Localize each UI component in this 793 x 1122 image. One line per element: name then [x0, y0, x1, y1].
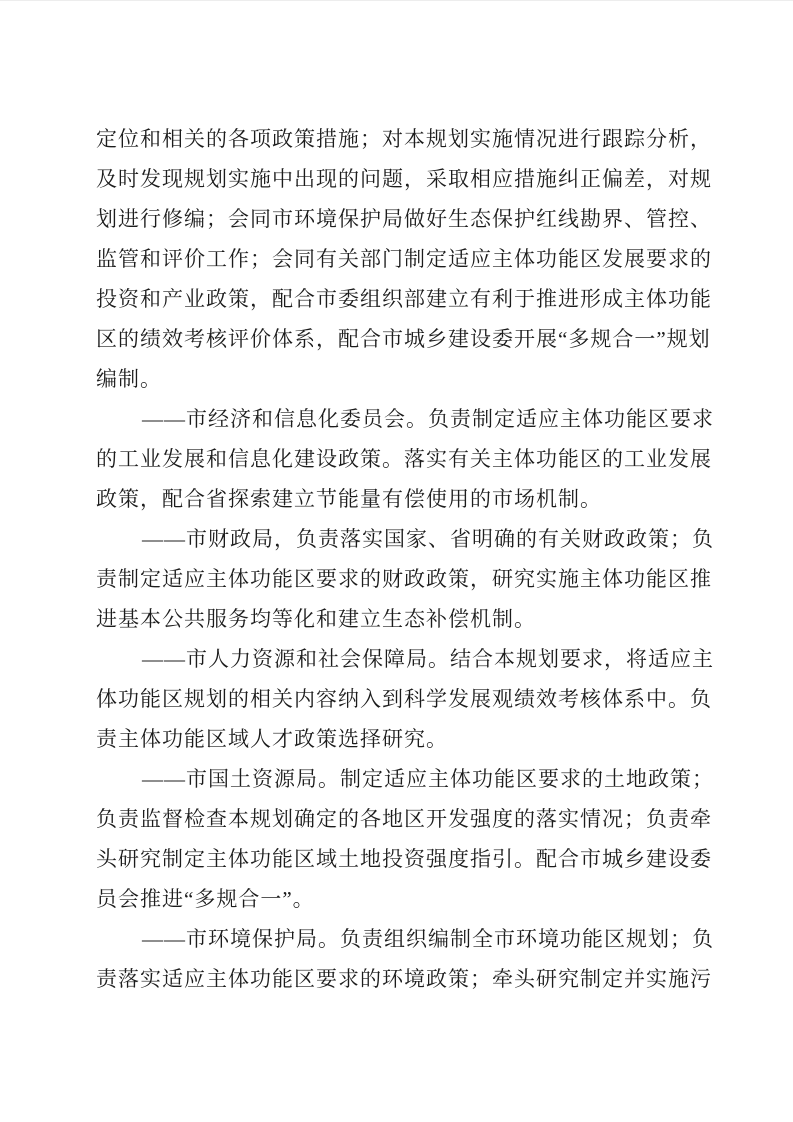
text-line: 进基本公共服务均等化和建立生态补偿机制。 — [96, 599, 716, 639]
text-line: ——市财政局，负责落实国家、省明确的有关财政政策；负 — [96, 519, 716, 559]
text-line: ——市环境保护局。负责组织编制全市环境功能区规划；负 — [96, 919, 716, 959]
document-page: 定位和相关的各项政策措施；对本规划实施情况进行跟踪分析，及时发现规划实施中出现的… — [0, 0, 793, 1122]
text-line: ——市人力资源和社会保障局。结合本规划要求，将适应主 — [96, 639, 716, 679]
text-line: 及时发现规划实施中出现的问题，采取相应措施纠正偏差，对规 — [96, 159, 716, 199]
text-line: 体功能区规划的相关内容纳入到科学发展观绩效考核体系中。负 — [96, 679, 716, 719]
text-line: 的工业发展和信息化建设政策。落实有关主体功能区的工业发展 — [96, 439, 716, 479]
paragraph: 定位和相关的各项政策措施；对本规划实施情况进行跟踪分析，及时发现规划实施中出现的… — [96, 119, 716, 399]
text-line: 监管和评价工作；会同有关部门制定适应主体功能区发展要求的 — [96, 239, 716, 279]
text-line: 头研究制定主体功能区域土地投资强度指引。配合市城乡建设委 — [96, 839, 716, 879]
paragraph: ——市国土资源局。制定适应主体功能区要求的土地政策；负责监督检查本规划确定的各地… — [96, 759, 716, 919]
text-line: 责制定适应主体功能区要求的财政政策，研究实施主体功能区推 — [96, 559, 716, 599]
text-line: 政策，配合省探索建立节能量有偿使用的市场机制。 — [96, 479, 716, 519]
text-line: 责落实适应主体功能区要求的环境政策；牵头研究制定并实施污 — [96, 959, 716, 999]
paragraph: ——市人力资源和社会保障局。结合本规划要求，将适应主体功能区规划的相关内容纳入到… — [96, 639, 716, 759]
text-line: ——市国土资源局。制定适应主体功能区要求的土地政策； — [96, 759, 716, 799]
text-line: 区的绩效考核评价体系，配合市城乡建设委开展“多规合一”规划 — [96, 319, 716, 359]
paragraph: ——市财政局，负责落实国家、省明确的有关财政政策；负责制定适应主体功能区要求的财… — [96, 519, 716, 639]
text-line: 定位和相关的各项政策措施；对本规划实施情况进行跟踪分析， — [96, 119, 716, 159]
text-line: 投资和产业政策，配合市委组织部建立有利于推进形成主体功能 — [96, 279, 716, 319]
text-line: ——市经济和信息化委员会。负责制定适应主体功能区要求 — [96, 399, 716, 439]
paragraph: ——市经济和信息化委员会。负责制定适应主体功能区要求的工业发展和信息化建设政策。… — [96, 399, 716, 519]
text-line: 责主体功能区域人才政策选择研究。 — [96, 719, 716, 759]
text-line: 划进行修编；会同市环境保护局做好生态保护红线勘界、管控、 — [96, 199, 716, 239]
paragraph: ——市环境保护局。负责组织编制全市环境功能区规划；负责落实适应主体功能区要求的环… — [96, 919, 716, 999]
page-top-edge — [0, 0, 793, 1]
document-body: 定位和相关的各项政策措施；对本规划实施情况进行跟踪分析，及时发现规划实施中出现的… — [96, 119, 716, 999]
text-line: 员会推进“多规合一”。 — [96, 879, 716, 919]
text-line: 编制。 — [96, 359, 716, 399]
text-line: 负责监督检查本规划确定的各地区开发强度的落实情况；负责牵 — [96, 799, 716, 839]
